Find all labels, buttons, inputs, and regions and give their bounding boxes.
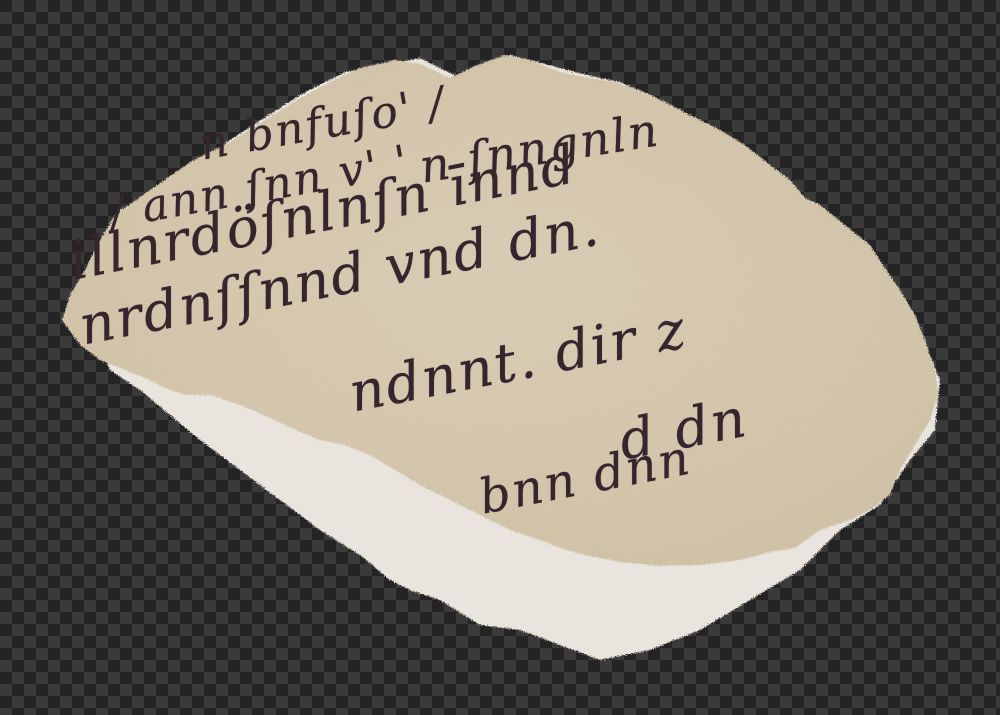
beige-paper [62,55,938,566]
torn-paper-shape [0,0,1000,715]
torn-paper-scene: n bnfuſo' / n ſnngnln / ann ſnn v' ' ill… [0,0,1000,715]
